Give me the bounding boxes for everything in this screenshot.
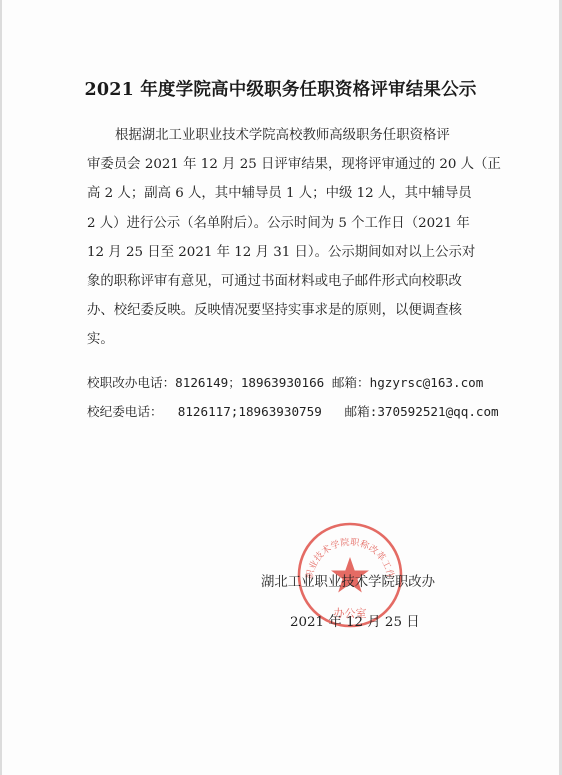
body-line: 象的职称评审有意见，可通过书面材料或电子邮件形式向校职改 <box>87 267 472 296</box>
body-line: 实。 <box>87 325 472 354</box>
body-line: 根据湖北工业职业技术学院高校教师高级职务任职资格评 <box>87 121 472 150</box>
announcement-body: 根据湖北工业职业技术学院高校教师高级职务任职资格评 审委员会 2021 年 12… <box>87 121 472 355</box>
contact-phones: 8126149；18963930166 <box>175 375 324 390</box>
email-link[interactable]: 370592521@qq.com <box>377 404 498 419</box>
contact-discipline-committee: 校纪委电话： 8126117;18963930759 邮箱:370592521@… <box>87 401 499 420</box>
contact-office-reform: 校职改办电话：8126149；18963930166 邮箱：hgzyrsc@16… <box>87 372 483 391</box>
signature-date: 2021 年 12 月 25 日 <box>290 611 420 630</box>
body-line: 办、校纪委反映。反映情况要坚持实事求是的原则，以便调查核 <box>87 296 472 325</box>
email-label: 邮箱： <box>332 375 370 390</box>
body-line: 2 人）进行公示（名单附后）。公示时间为 5 个工作日（2021 年 <box>87 209 472 238</box>
body-line: 高 2 人；副高 6 人，其中辅导员 1 人；中级 12 人，其中辅导员 <box>87 179 472 208</box>
body-line: 12 月 25 日至 2021 年 12 月 31 日）。公示期间如对以上公示对 <box>87 238 472 267</box>
document-page: 2021 年度学院高中级职务任职资格评审结果公示 根据湖北工业职业技术学院高校教… <box>2 0 559 775</box>
email-link[interactable]: hgzyrsc@163.com <box>370 375 484 390</box>
body-line: 审委员会 2021 年 12 月 25 日评审结果，现将评审通过的 20 人（正 <box>87 150 472 179</box>
contact-phones: 8126117;18963930759 <box>178 404 322 419</box>
document-title: 2021 年度学院高中级职务任职资格评审结果公示 <box>2 76 559 101</box>
contact-label: 校纪委电话： <box>87 404 163 419</box>
email-label: 邮箱: <box>345 404 378 419</box>
contact-label: 校职改办电话： <box>87 375 175 390</box>
signature-organization: 湖北工业职业技术学院职改办 <box>261 571 435 590</box>
